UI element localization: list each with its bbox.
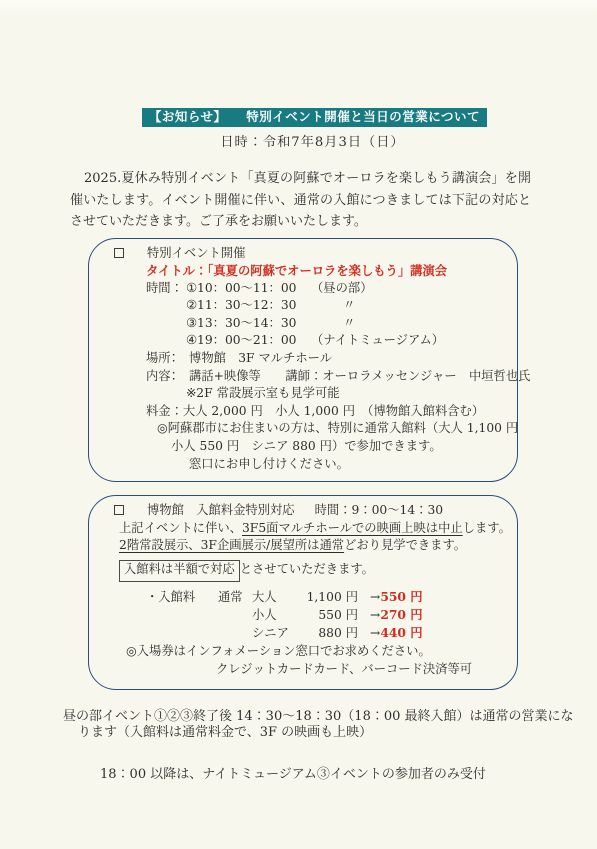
time-slot: ③13：30～14：30: [186, 315, 311, 333]
scanned-notice-page: 【お知らせ】 特別イベント開催と当日の営業について 日時：令和7年8月3日（日）…: [0, 0, 597, 849]
fee-normal-price: 550 円: [300, 606, 358, 624]
arrow-icon: →: [370, 626, 380, 640]
event-title-red: タイトル：「真夏の阿蘇でオーロラを楽しもう」講演会: [89, 262, 505, 280]
content-line: 内容： 講話+映像等 講師：オーロラメッセンジャー 中垣哲也氏: [89, 368, 505, 386]
time-slot-row: ③13：30～14：30 〃: [186, 315, 444, 333]
fee-row-senior: シニア 880 円 →440 円: [146, 624, 509, 642]
fee-note-prices: 小人 550 円 シニア 880 円）で参加できます。: [89, 438, 505, 456]
fee-special-price: 270 円: [380, 607, 422, 622]
event-heading-label: 特別イベント開催: [147, 246, 245, 260]
fee-category: 小人: [252, 606, 300, 624]
event-time-section: 時間： ①10：00～11：00 （昼の部） ②11：30～12：30 〃 ③1…: [89, 280, 505, 350]
time-slot-row: ④19：00～21：00 （ナイトミュージアム）: [186, 332, 444, 350]
place-line: 場所： 博物館 3F マルチホール: [89, 350, 505, 368]
exhibition-underlined: 2階常設展示、3F企画展示/展望所は通常: [119, 538, 344, 552]
notice-title-band: 【お知らせ】 特別イベント開催と当日の営業について: [142, 108, 487, 127]
special-event-box: 特別イベント開催 タイトル：「真夏の阿蘇でオーロラを楽しもう」講演会 時間： ①…: [88, 238, 518, 483]
movie-cancel-line: 上記イベントに伴い、3F5面マルチホールでの映画上映は中止します。: [89, 520, 509, 538]
night-museum-note: 18：00 以降は、ナイトミュージアム③イベントの参加者のみ受付: [100, 763, 597, 782]
intro-paragraph: 2025.夏休み特別イベント「真夏の阿蘇でオーロラを楽しもう講演会」を開催いたし…: [70, 168, 531, 233]
half-price-line: 入館料は半額で対応とさせていただきます。: [89, 560, 509, 582]
time-slot: ②11：30～12：30: [186, 297, 311, 315]
half-price-box: 入館料は半額で対応: [119, 560, 240, 582]
ticket-purchase-note: ◎入場券はインフォメーション窓口でお求めください。: [89, 643, 509, 661]
fee-category: 大人: [252, 588, 300, 606]
notice-header: 【お知らせ】 特別イベント開催と当日の営業について: [0, 0, 597, 127]
fee-special-price: 440 円: [380, 625, 422, 640]
fee-special-price-cell: →550 円: [370, 588, 423, 606]
time-label: 時間：: [146, 280, 186, 350]
fee-line: 料金：大人 2,000 円 小人 1,000 円 （博物館入館料含む）: [89, 403, 505, 421]
movie-cancel-pre: 上記イベントに伴い、: [119, 521, 242, 535]
half-price-post: とさせていただきます。: [240, 562, 374, 576]
fee-normal-price: 880 円: [300, 624, 358, 642]
exhibition-open-line: 2階常設展示、3F企画展示/展望所は通常どおり見学できます。: [89, 537, 509, 555]
fee-special-price: 550 円: [380, 589, 422, 604]
movie-cancel-underlined: 3F5面マルチホールでの映画上映は中止: [242, 521, 463, 535]
daytime-business-paragraph: 昼の部イベント①②③終了後 14：30～18：30（18：00 最終入館）は通常…: [63, 709, 567, 742]
fee-normal-price: 1,100 円: [300, 588, 358, 606]
fee-special-price-cell: →440 円: [370, 624, 423, 642]
time-slot-note: （ナイトミュージアム）: [311, 332, 444, 350]
exhibition-post: どおり見学できます。: [344, 538, 466, 552]
museum-heading-label: 博物館 入館料金特別対応: [147, 503, 295, 517]
checkbox-icon: [114, 248, 124, 258]
time-slot-list: ①10：00～11：00 （昼の部） ②11：30～12：30 〃 ③13：30…: [186, 280, 444, 350]
time-slot: ①10：00～11：00: [186, 280, 311, 298]
event-date-line: 日時：令和7年8月3日（日）: [14, 131, 597, 150]
time-slot-row: ②11：30～12：30 〃: [186, 297, 444, 315]
museum-heading-time: 時間：9：00～14：30: [315, 503, 444, 517]
time-slot-note: （昼の部）: [311, 280, 373, 298]
payment-methods-note: クレジットカードカード、バーコード決済等可: [89, 661, 509, 679]
arrow-icon: →: [370, 608, 380, 622]
fee-table-label: ・入館料: [146, 588, 218, 606]
fee-note-counter: 窓口にお申し付けください。: [89, 456, 505, 474]
arrow-icon: →: [370, 590, 380, 604]
fee-row-child: 小人 550 円 →270 円: [146, 606, 509, 624]
movie-cancel-post: します。: [463, 521, 511, 535]
ditto-mark: 〃: [311, 315, 355, 333]
fee-normal-label: 通常: [218, 588, 252, 606]
museum-admission-box: 博物館 入館料金特別対応時間：9：00～14：30 上記イベントに伴い、3F5面…: [88, 495, 518, 689]
fee-note-residents: ◎阿蘇郡市にお住まいの方は、特別に通常入館料（大人 1,100 円: [89, 420, 505, 438]
time-slot: ④19：00～21：00: [186, 332, 311, 350]
admission-fee-table: ・入館料 通常 大人 1,100 円 →550 円 小人 550 円 →270 …: [89, 588, 509, 643]
fee-category: シニア: [252, 624, 300, 642]
event-box-heading: 特別イベント開催: [89, 245, 505, 263]
fee-row-adult: ・入館料 通常 大人 1,100 円 →550 円: [146, 588, 509, 606]
daytime-line-2: ります（入館料は通常料金で、3F の映画も上映）: [63, 725, 567, 742]
time-slot-row: ①10：00～11：00 （昼の部）: [186, 280, 444, 298]
daytime-line-1: 昼の部イベント①②③終了後 14：30～18：30（18：00 最終入館）は通常…: [63, 709, 567, 726]
fee-special-price-cell: →270 円: [370, 606, 423, 624]
checkbox-icon: [114, 505, 124, 515]
content-note-line: ※2F 常設展示室も見学可能: [89, 385, 505, 403]
museum-box-heading: 博物館 入館料金特別対応時間：9：00～14：30: [89, 502, 509, 520]
ditto-mark: 〃: [311, 297, 355, 315]
